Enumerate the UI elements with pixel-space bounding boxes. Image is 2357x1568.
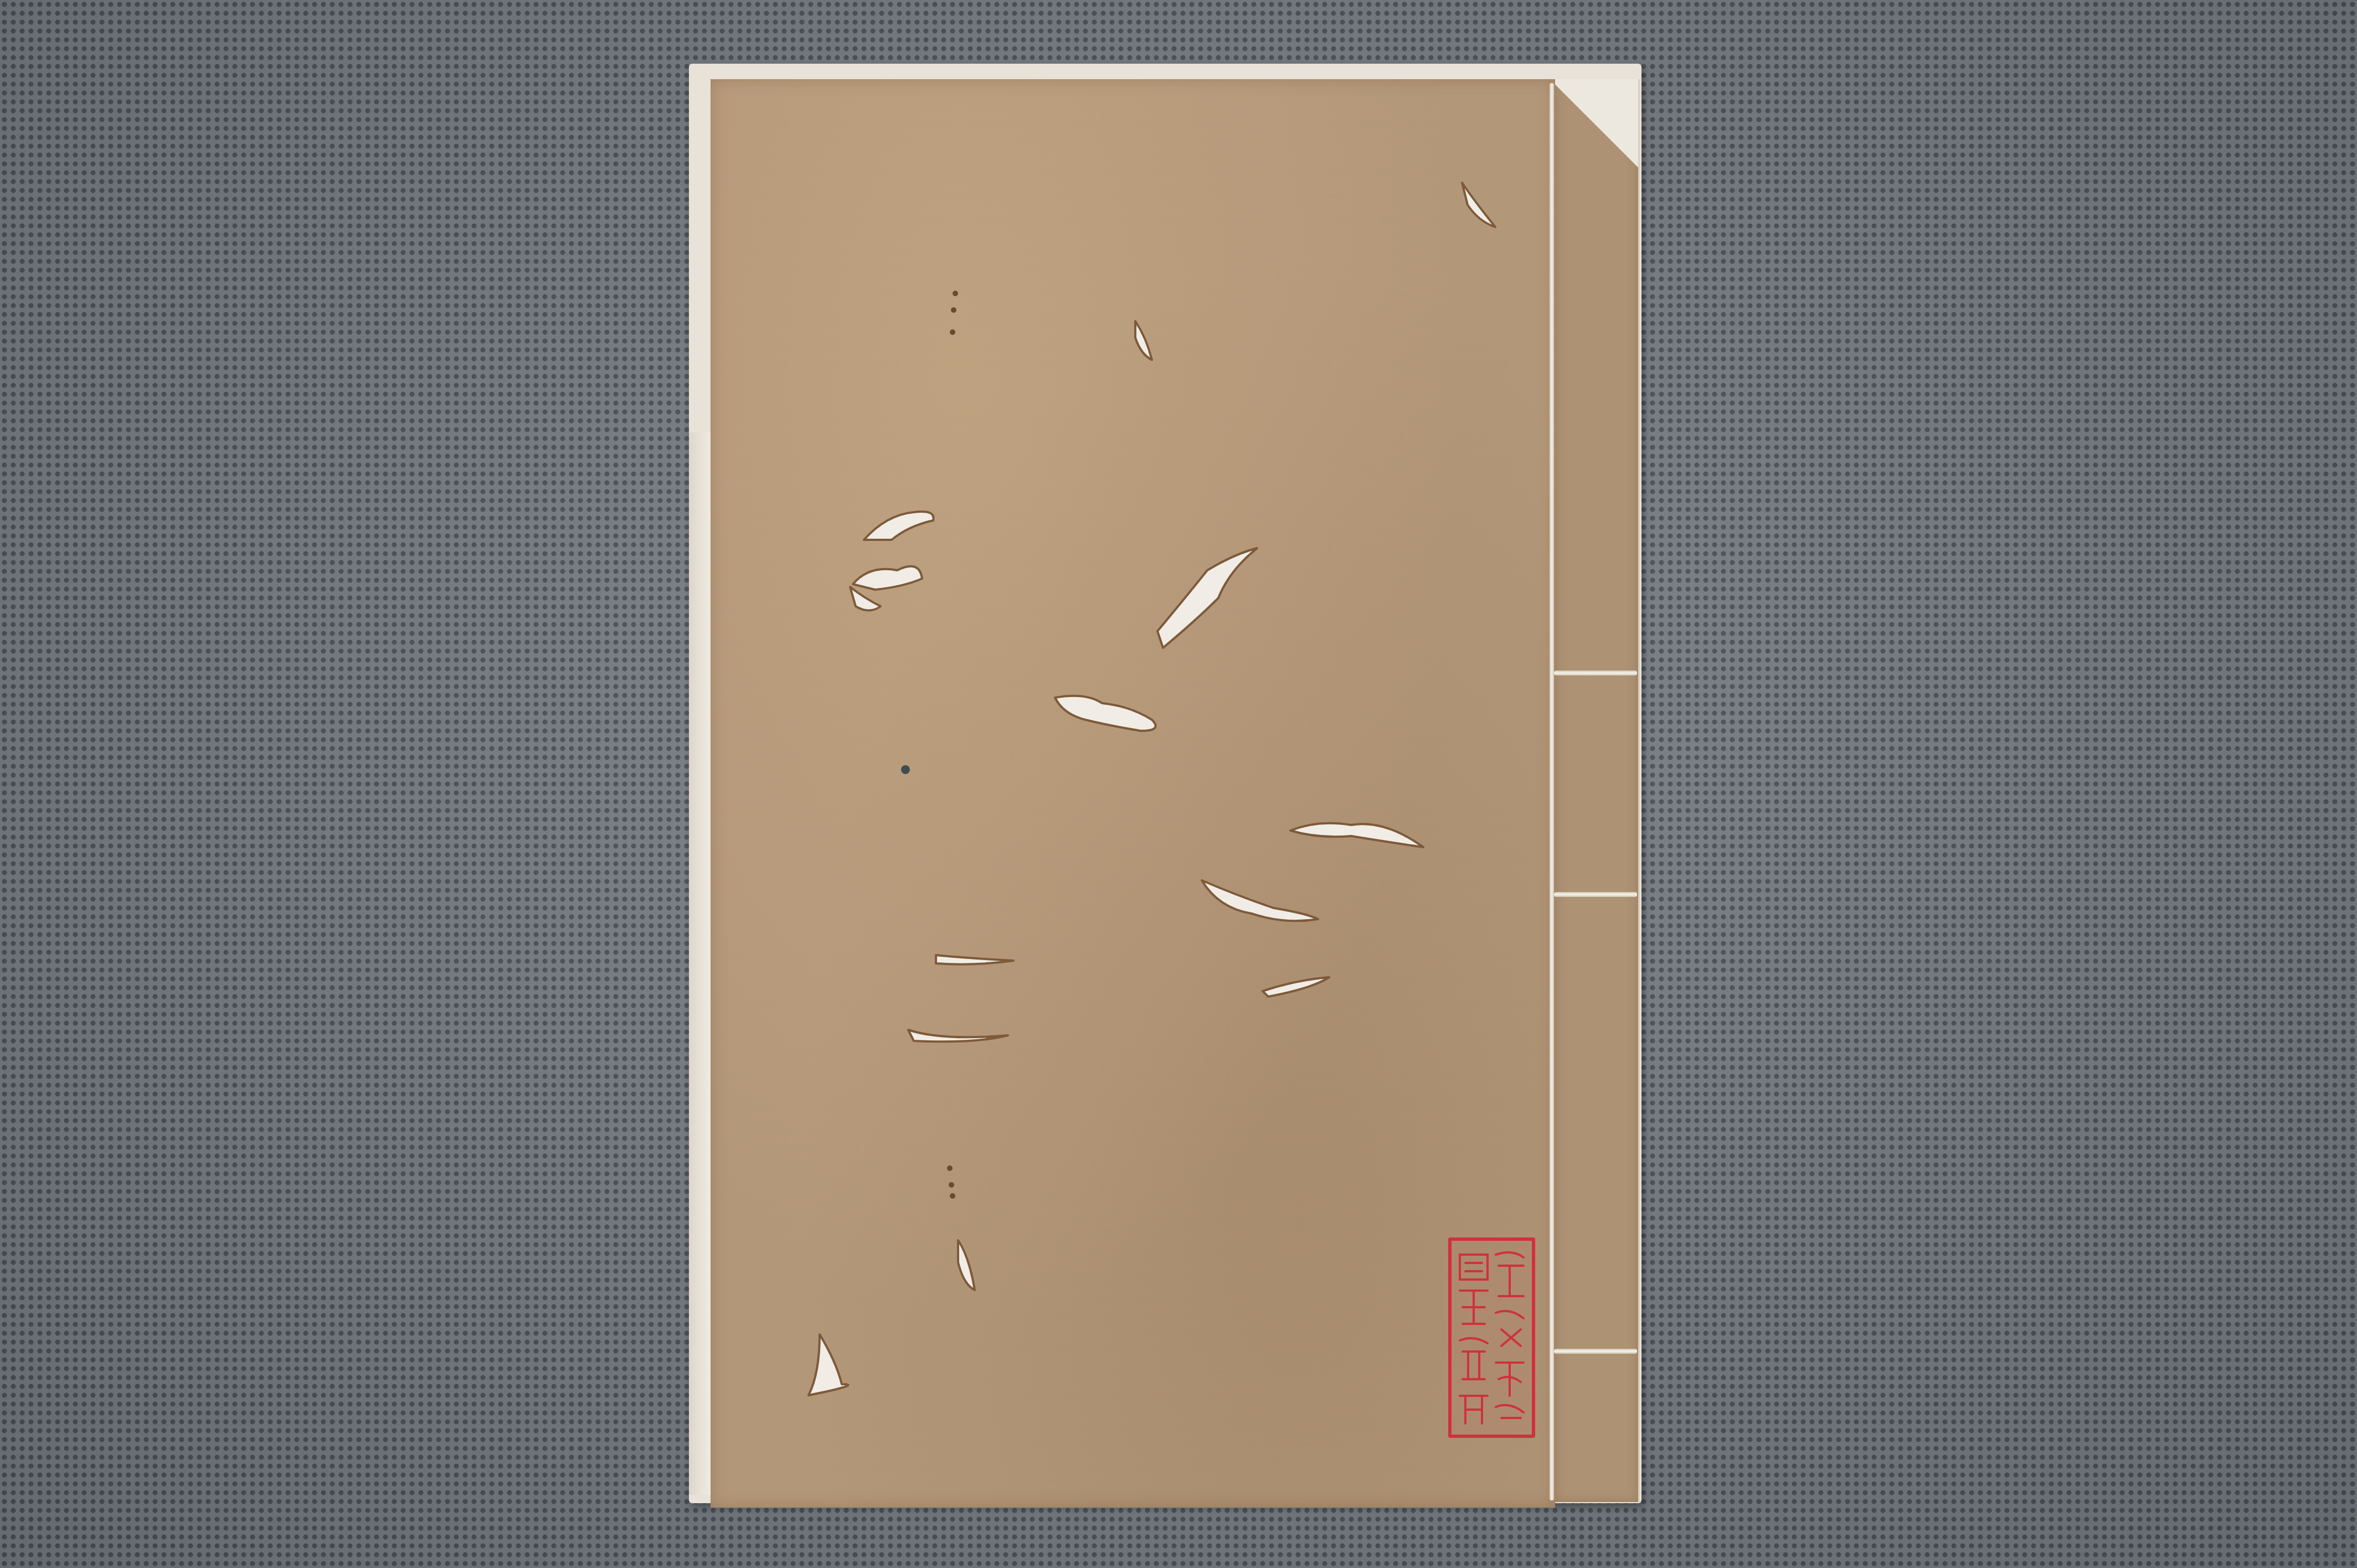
seal-script-glyphs xyxy=(1452,1241,1532,1435)
red-seal-stamp xyxy=(1448,1237,1535,1438)
worm-damage xyxy=(0,0,2357,1568)
